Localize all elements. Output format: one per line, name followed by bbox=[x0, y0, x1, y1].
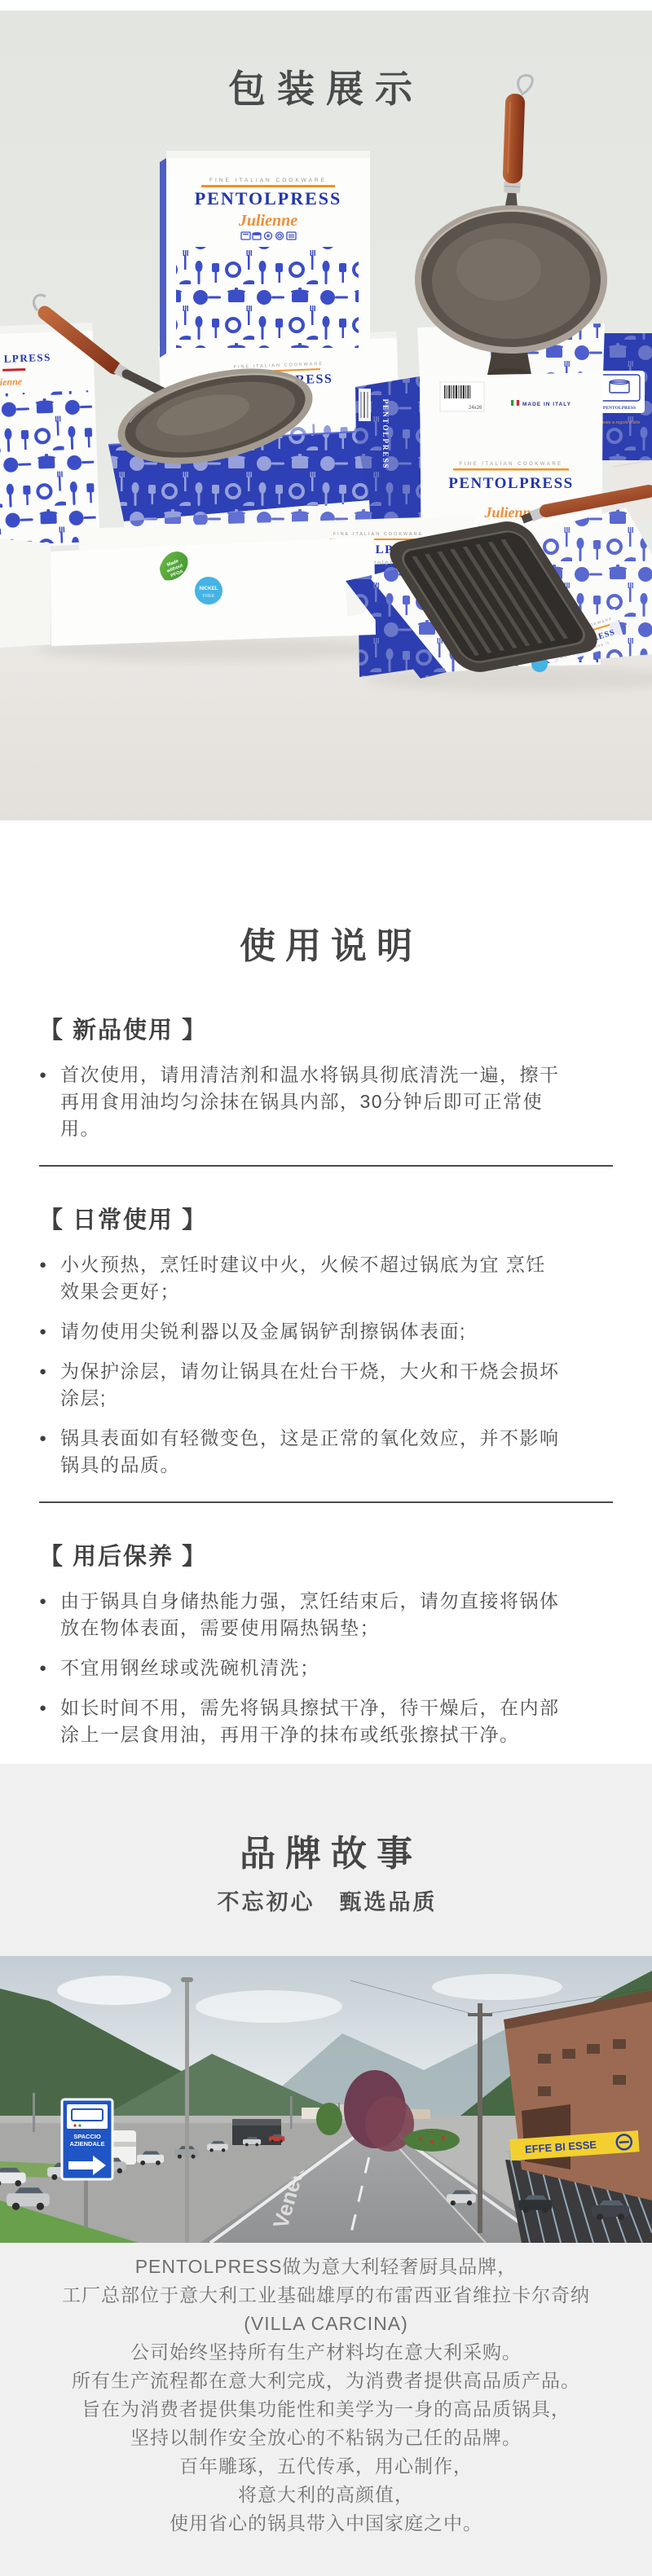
sign-text-2: AZIENDALE bbox=[70, 2140, 105, 2147]
list-item: ● 为保护涂层，请勿让锅具在灶台干烧，大火和干烧会损坏涂层; bbox=[39, 1358, 613, 1412]
series-text: Julienne bbox=[238, 212, 297, 230]
list-item: ● 锅具表面如有轻微变色，这是正常的氧化效应，并不影响锅具的品质。 bbox=[39, 1425, 613, 1479]
svg-text:FREE: FREE bbox=[203, 594, 215, 599]
story-line: 所有生产流程都在意大利完成，为消费者提供高品质产品。 bbox=[0, 2367, 652, 2395]
list-item: ● 如长时间不用，需先将锅具擦拭干净，待干燥后，在内部涂上一层食用油，再用干净的… bbox=[39, 1695, 613, 1748]
list-item: ● 请勿使用尖锐利器以及金属锅铲刮擦锅体表面; bbox=[39, 1318, 613, 1345]
label-size-text: 24x26 bbox=[469, 406, 482, 411]
story-line: 使用省心的锅具带入中国家庭之中。 bbox=[0, 2509, 652, 2538]
sign-pole bbox=[84, 2178, 88, 2228]
bullet-icon: ● bbox=[39, 1695, 60, 1721]
brand-story-section: 品牌故事 不忘初心 甄选品质 bbox=[0, 1764, 652, 2576]
brand-text: PENTOLPRESS bbox=[195, 188, 342, 209]
made-in-italy-text: MADE IN ITALY bbox=[522, 402, 571, 407]
divider bbox=[39, 1501, 613, 1503]
story-line: PENTOLPRESS做为意大利轻奢厨具品牌， bbox=[0, 2253, 652, 2281]
brand-story-paragraph: PENTOLPRESS做为意大利轻奢厨具品牌， 工厂总部位于意大利工业基础雄厚的… bbox=[0, 2253, 652, 2538]
story-line: 工厂总部位于意大利工业基础雄厚的布雷西亚省维拉卡尔奇纳 bbox=[0, 2281, 652, 2310]
usage-list-daily: ● 小火预热，烹饪时建议中火，火候不超过锅底为宜 烹饪效果会更好； ● 请勿使用… bbox=[39, 1251, 613, 1479]
story-line: 旨在为消费者提供集功能性和美学为一身的高品质锅具， bbox=[0, 2395, 652, 2424]
packaging-section: 包装展示 FINE ITALIAN COOKWARE PENTOLPRESS J… bbox=[0, 0, 652, 820]
usage-title: 使用说明 bbox=[39, 921, 613, 972]
packaging-photo: 包装展示 FINE ITALIAN COOKWARE PENTOLPRESS J… bbox=[0, 11, 652, 820]
partial-series-text: ienne bbox=[0, 376, 23, 388]
usage-list-care: ● 由于锅具自身储热能力强，烹饪结束后，请勿直接将锅体放在物体表面，需要使用隔热… bbox=[39, 1588, 613, 1748]
list-item: ● 小火预热，烹饪时建议中火，火候不超过锅底为宜 烹饪效果会更好； bbox=[39, 1251, 613, 1305]
bullet-icon: ● bbox=[39, 1588, 60, 1615]
bullet-icon: ● bbox=[39, 1062, 60, 1088]
street-photo: Veneto SPACCIO bbox=[0, 1956, 652, 2243]
list-item: ● 首次使用，请用清洁剂和温水将锅具彻底清洗一遍，擦干再用食用油均匀涂抹在锅具内… bbox=[39, 1062, 613, 1142]
tagline-text: FINE ITALIAN COOKWARE bbox=[333, 532, 423, 537]
story-line: 将意大利的高颜值， bbox=[0, 2481, 652, 2509]
bullet-icon: ● bbox=[39, 1318, 60, 1345]
side-brand-text: PENTOLPRESS bbox=[381, 399, 390, 470]
light-pole bbox=[185, 1980, 189, 2243]
list-item: ● 不宜用钢丝球或洗碗机清洗； bbox=[39, 1655, 613, 1681]
box-upright-center: FINE ITALIAN COOKWARE PENTOLPRESS Julien… bbox=[160, 151, 370, 358]
bullet-icon: ● bbox=[39, 1425, 60, 1452]
nickel-free-sticker: NICKEL FREE bbox=[195, 577, 222, 604]
usage-group-heading-care: 【 用后保养 】 bbox=[39, 1541, 613, 1573]
usage-list-new: ● 首次使用，请用清洁剂和温水将锅具彻底清洗一遍，擦干再用食用油均匀涂抹在锅具内… bbox=[39, 1062, 613, 1142]
usage-group-heading-new: 【 新品使用 】 bbox=[39, 1014, 613, 1047]
bullet-icon: ● bbox=[39, 1655, 60, 1681]
list-item: ● 由于锅具自身储热能力强，烹饪结束后，请勿直接将锅体放在物体表面，需要使用隔热… bbox=[39, 1588, 613, 1642]
street-photo-wrap: Veneto SPACCIO bbox=[0, 1956, 652, 2243]
svg-text:NICKEL: NICKEL bbox=[199, 586, 218, 591]
story-line: 百年雕琢，五代传承，用心制作， bbox=[0, 2452, 652, 2481]
bullet-icon: ● bbox=[39, 1251, 60, 1278]
crest-brand-text: PENTOLPRESS bbox=[603, 406, 636, 411]
sign-text-1: SPACCIO bbox=[73, 2133, 101, 2140]
box-flat-front: Made without PFOA NICKEL FREE bbox=[0, 537, 376, 648]
usage-group-heading-daily: 【 日常使用 】 bbox=[39, 1204, 613, 1237]
story-line: (VILLA CARCINA) bbox=[0, 2310, 652, 2338]
story-line: 公司始终坚持所有生产材料均在意大利采购。 bbox=[0, 2338, 652, 2367]
crest-note-text: create a regola d'arte bbox=[599, 420, 641, 425]
brand-story-subtitle: 不忘初心 甄选品质 bbox=[0, 1888, 652, 1917]
usage-section: 使用说明 【 新品使用 】 ● 首次使用，请用清洁剂和温水将锅具彻底清洗一遍，擦… bbox=[0, 820, 652, 1764]
divider bbox=[39, 1165, 613, 1167]
story-line: 坚持以制作安全放心的不粘锅为己任的品牌。 bbox=[0, 2424, 652, 2452]
bullet-icon: ● bbox=[39, 1358, 60, 1385]
box-left-edge: LPRESS ienne bbox=[0, 323, 100, 547]
partial-brand-text: LPRESS bbox=[3, 351, 51, 365]
brand-story-title: 品牌故事 bbox=[0, 1832, 652, 1876]
tagline-text: FINE ITALIAN COOKWARE bbox=[459, 462, 562, 467]
brand-text: PENTOLPRESS bbox=[448, 475, 573, 492]
tagline-text: FINE ITALIAN COOKWARE bbox=[209, 178, 327, 183]
packaging-title: 包装展示 bbox=[228, 68, 424, 110]
